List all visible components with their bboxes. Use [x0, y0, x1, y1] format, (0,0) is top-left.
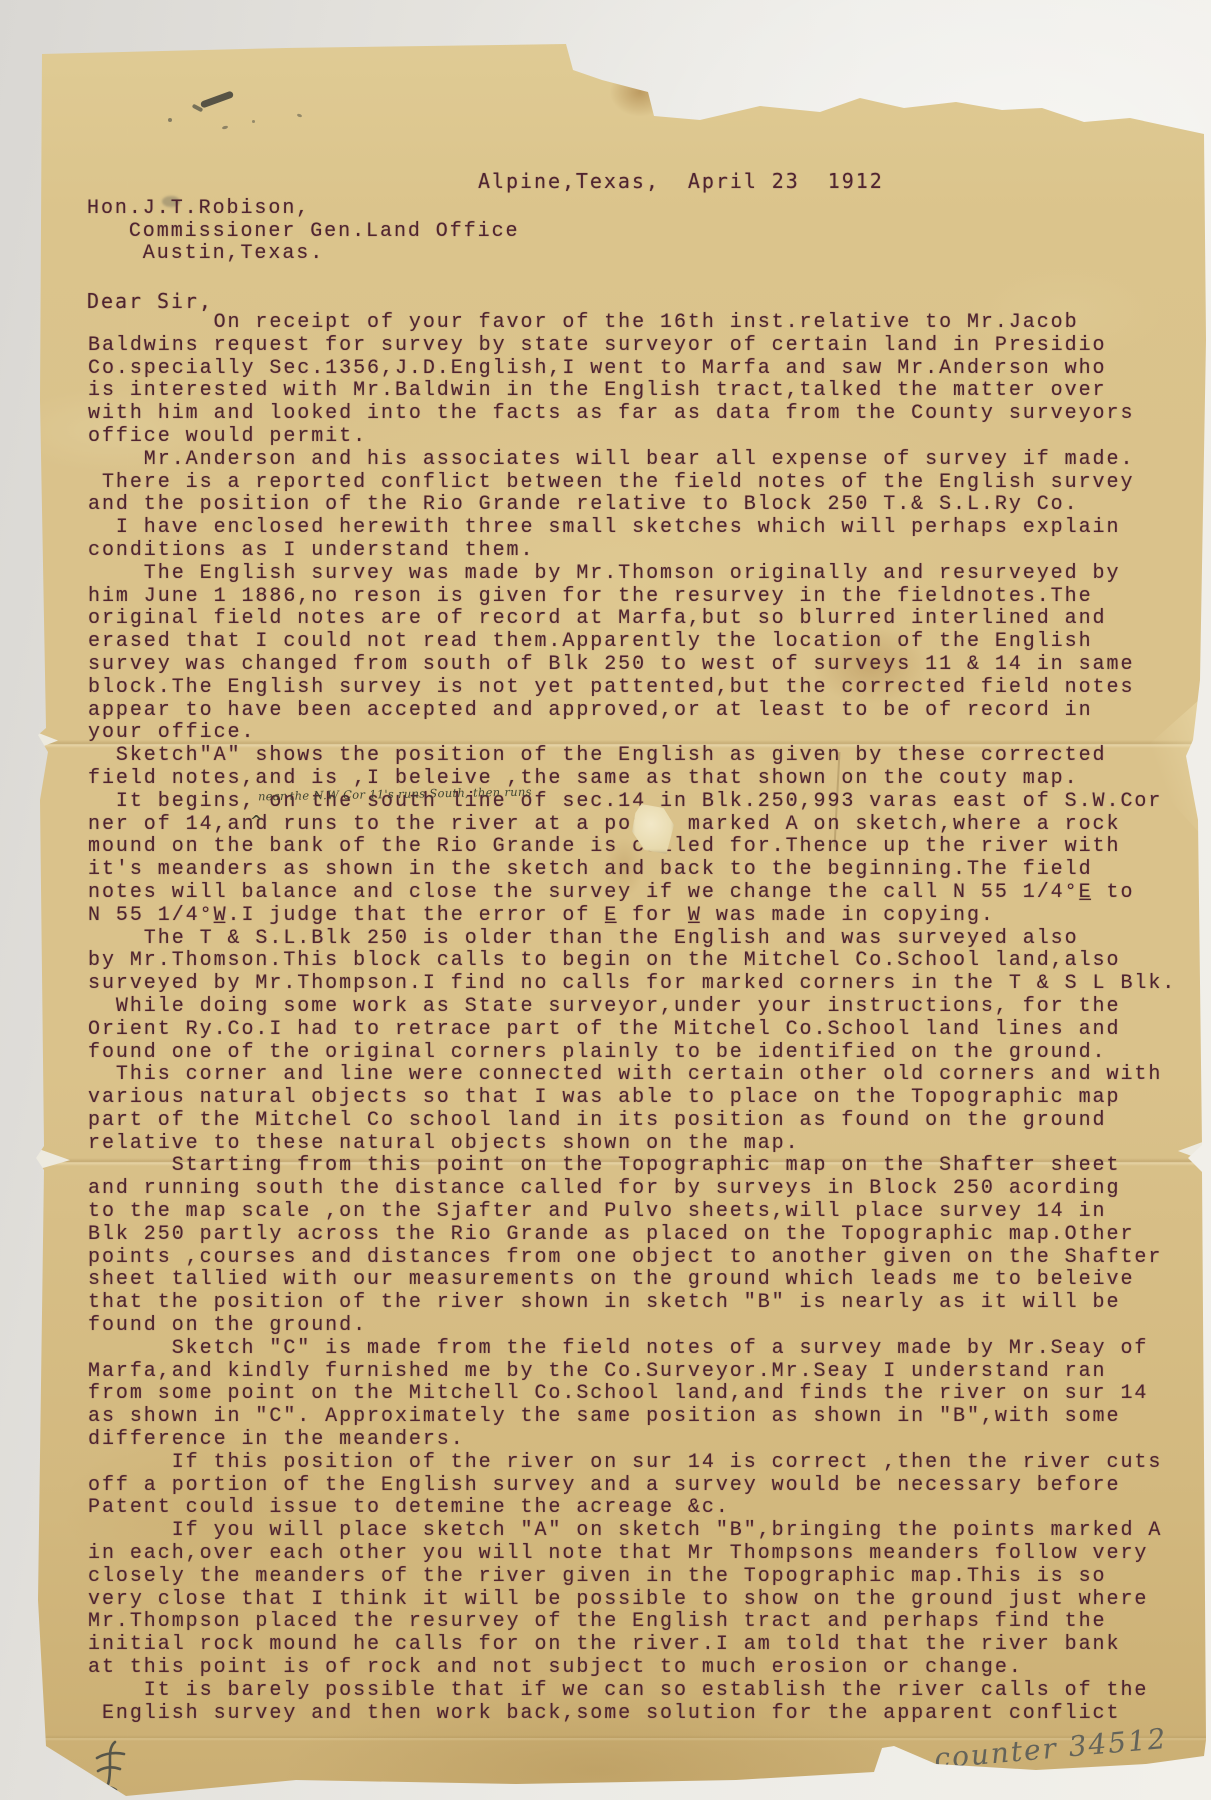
- ink-smudge: [200, 90, 234, 108]
- ink-speck: [252, 120, 255, 123]
- pencil-monogram-icon: [85, 1738, 137, 1800]
- dateline: Alpine,Texas, April 23 1912: [478, 170, 884, 193]
- ink-speck: [297, 113, 303, 118]
- edge-tear: [36, 1148, 70, 1170]
- letter-body: On receipt of your favor of the 16th ins…: [88, 312, 1176, 1725]
- letter-page: Alpine,Texas, April 23 1912 Hon.J.T.Robi…: [36, 40, 1208, 1800]
- salutation: Dear Sir,: [87, 290, 213, 313]
- photo-background: Alpine,Texas, April 23 1912 Hon.J.T.Robi…: [0, 0, 1211, 1800]
- recipient-address: Hon.J.T.Robison, Commissioner Gen.Land O…: [87, 198, 520, 266]
- insertion-caret-icon: ^: [250, 812, 263, 830]
- ink-speck: [168, 118, 172, 122]
- ink-speck: [222, 125, 229, 129]
- counter-number: counter 34512: [933, 1722, 1169, 1775]
